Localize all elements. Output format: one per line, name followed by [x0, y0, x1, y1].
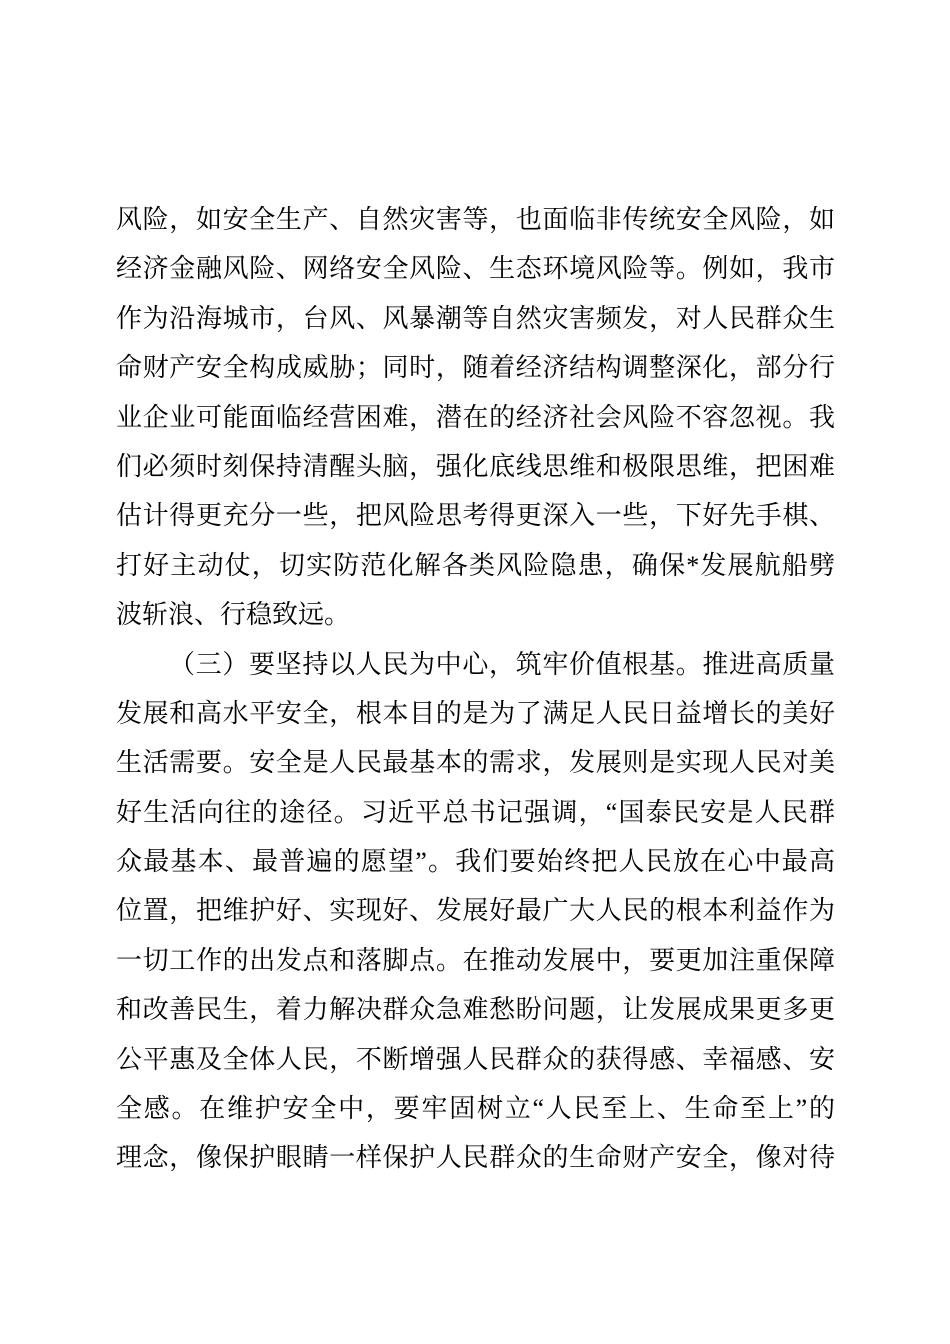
text-line: 和改善民生，着力解决群众急难愁盼问题，让发展成果更多更 — [116, 985, 835, 1034]
text-line: 一切工作的出发点和落脚点。在推动发展中，要更加注重保障 — [116, 936, 835, 985]
text-line: （三）要坚持以人民为中心，筑牢价值根基。推进高质量 — [116, 640, 835, 689]
text-line: 命财产安全构成威胁；同时，随着经济结构调整深化，部分行 — [116, 343, 835, 392]
text-line: 全感。在维护安全中，要牢固树立“人民至上、生命至上”的 — [116, 1084, 835, 1133]
text-line: 理念，像保护眼睛一样保护人民群众的生命财产安全，像对待 — [116, 1133, 835, 1182]
text-line: 打好主动仗，切实防范化解各类风险隐患，确保*发展航船劈 — [116, 541, 835, 590]
text-line: 好生活向往的途径。习近平总书记强调，“国泰民安是人民群 — [116, 788, 835, 837]
document-page: 风险，如安全生产、自然灾害等，也面临非传统安全风险，如经济金融风险、网络安全风险… — [0, 0, 950, 1344]
document-body: 风险，如安全生产、自然灾害等，也面临非传统安全风险，如经济金融风险、网络安全风险… — [116, 195, 835, 1183]
text-line: 公平惠及全体人民，不断增强人民群众的获得感、幸福感、安 — [116, 1035, 835, 1084]
paragraph: （三）要坚持以人民为中心，筑牢价值根基。推进高质量发展和高水平安全，根本目的是为… — [116, 640, 835, 1183]
text-line: 波斩浪、行稳致远。 — [116, 590, 835, 639]
text-line: 作为沿海城市，台风、风暴潮等自然灾害频发，对人民群众生 — [116, 294, 835, 343]
text-line: 众最基本、最普遍的愿望”。我们要始终把人民放在心中最高 — [116, 837, 835, 886]
text-line: 们必须时刻保持清醒头脑，强化底线思维和极限思维，把困难 — [116, 442, 835, 491]
text-line: 位置，把维护好、实现好、发展好最广大人民的根本利益作为 — [116, 886, 835, 935]
text-line: 经济金融风险、网络安全风险、生态环境风险等。例如，我市 — [116, 244, 835, 293]
text-line: 发展和高水平安全，根本目的是为了满足人民日益增长的美好 — [116, 689, 835, 738]
text-line: 风险，如安全生产、自然灾害等，也面临非传统安全风险，如 — [116, 195, 835, 244]
text-line: 业企业可能面临经营困难，潜在的经济社会风险不容忽视。我 — [116, 393, 835, 442]
text-line: 生活需要。安全是人民最基本的需求，发展则是实现人民对美 — [116, 738, 835, 787]
paragraph: 风险，如安全生产、自然灾害等，也面临非传统安全风险，如经济金融风险、网络安全风险… — [116, 195, 835, 640]
text-line: 估计得更充分一些，把风险思考得更深入一些，下好先手棋、 — [116, 491, 835, 540]
